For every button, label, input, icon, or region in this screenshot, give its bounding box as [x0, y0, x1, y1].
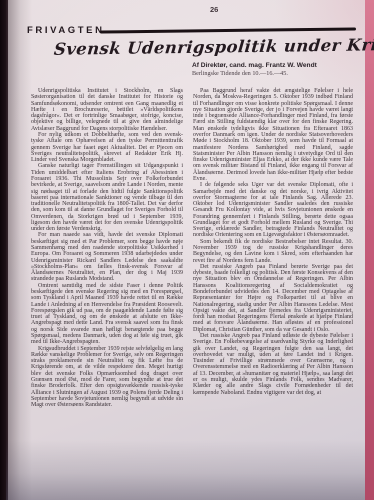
paragraph: Omtrent samtidig med de sidste Faser i d… — [31, 283, 183, 346]
byline-author: Af Direktør, cand. mag. Frantz W. Wendt — [192, 62, 362, 70]
paragraph: Som bekendt fik de nordiske Bestræbelser… — [193, 239, 353, 264]
paragraph: Det russiske Angreb paa Finland udløste … — [193, 333, 353, 396]
article-column-right: Paa Baggrund heraf vakte det ængstelige … — [193, 88, 353, 396]
paragraph: Udenrigspolitiska Institutet i Stockholm… — [31, 88, 183, 132]
paragraph: For nylig udkom et Dobbelthæfte, som ved… — [31, 132, 183, 163]
page-number: 26 — [210, 5, 218, 14]
article-title: Svensk Udenrigspolitik under Krigen — [53, 36, 315, 59]
paragraph: Krigsudbruddet i September 1939 rejste s… — [31, 346, 183, 409]
page-edge-left — [0, 0, 8, 500]
paragraph: For man naaede saa vidt, havde det svens… — [31, 232, 183, 282]
paragraph: Det russiske Angreb paa Finland berørte … — [193, 264, 353, 333]
article-column-left: Udenrigspolitiska Institutet i Stockholm… — [31, 88, 183, 408]
paragraph: Ganske naturligt tager Fremstillingen si… — [31, 163, 183, 232]
masthead-frivagten: FRIVAGTEN — [27, 25, 105, 36]
byline-block: Af Direktør, cand. mag. Frantz W. Wendt … — [192, 62, 362, 78]
byline-source: Berlingske Tidende den 10.—16.—45. — [192, 70, 362, 78]
paragraph: Paa Baggrund heraf vakte det ængstelige … — [193, 88, 353, 182]
scanned-page-photo: 26 FRIVAGTEN Svensk Udenrigspolitik unde… — [0, 0, 374, 500]
paragraph: I de følgende seks Uger var det svenske … — [193, 182, 353, 239]
